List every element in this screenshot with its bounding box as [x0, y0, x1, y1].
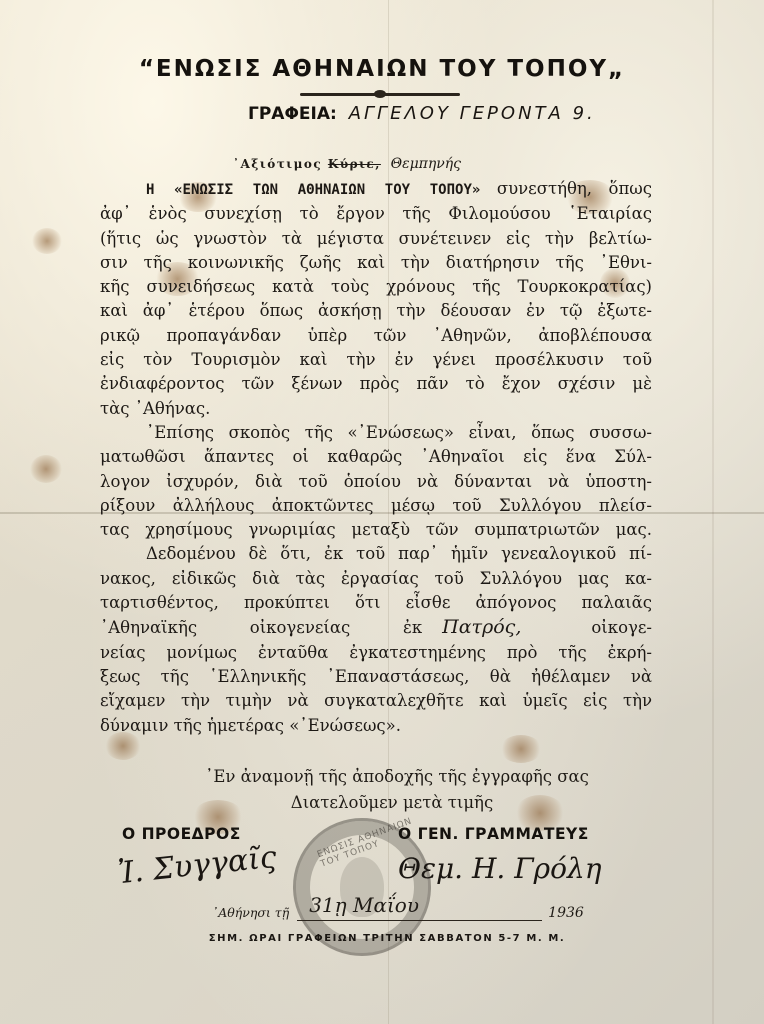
- secretary-signature: Θεμ. Η. Γρόλη: [398, 852, 601, 885]
- date-handwritten: 31ῃ Μαΐου: [309, 893, 419, 917]
- stain: [500, 735, 542, 763]
- body-line: ἐνδιαφέροντος τῶν ξένων πρὸς πᾶν τὸ ἔχον…: [100, 372, 652, 396]
- body-line: νείας μονίμως ἐνταῦθα ἐγκατεστημένης πρὸ…: [100, 641, 652, 665]
- closing-line: ᾿Εν ἀναμονῇ τῆς ἀποδοχῆς τῆς ἐγγραφῆς σα…: [0, 767, 764, 786]
- stain: [32, 228, 62, 254]
- body-line: ταρτισθέντος, προκύπτει ὅτι εἶσθε ἀπόγον…: [100, 591, 652, 615]
- letter-body: Η «ΕΝΩΣΙΣ ΤΩΝ ΑΘΗΝΑΙΩΝ ΤΟΥ ΤΟΠΟΥ» συνεστ…: [100, 177, 652, 738]
- president-label: Ο ΠΡΟΕΔΡΟΣ: [122, 825, 241, 843]
- offices-address: ΑΓΓΕΛΟΥ ΓΕΡΟΝΤΑ 9.: [349, 103, 596, 124]
- letter-sheet: “ΕΝΩΣΙΣ ΑΘΗΝΑΙΩΝ ΤΟΥ ΤΟΠΟΥ„ ΓΡΑΦΕΙΑ: ΑΓΓ…: [0, 0, 764, 1024]
- body-line: Η «ΕΝΩΣΙΣ ΤΩΝ ΑΘΗΝΑΙΩΝ ΤΟΥ ΤΟΠΟΥ» συνεστ…: [100, 177, 652, 202]
- closing-valediction: Διατελοῦμεν μετὰ τιμῆς: [0, 793, 764, 812]
- offices-label: ΓΡΑΦΕΙΑ:: [248, 104, 337, 124]
- president-signature: Ἰ. Συγγαῖς: [117, 840, 279, 891]
- body-line: καὶ ἀφ᾿ ἑτέρου ὅπως ἀσκήσῃ τὴν δέουσαν ἐ…: [100, 299, 652, 323]
- body-line: νακος, εἰδικῶς διὰ τὰς ἐργασίας τοῦ Συλλ…: [100, 567, 652, 591]
- body-line: ᾿Επίσης σκοπὸς τῆς «᾿Ενώσεως» εἶναι, ὅπω…: [100, 421, 652, 445]
- date-year: 1936: [548, 905, 584, 921]
- handwritten-origin: Πατρός,: [442, 616, 521, 638]
- salutation-struck-word: Κύριε,: [328, 157, 381, 171]
- body-line: ᾿Αθηναϊκῆς οἰκογενείας ἐκΠατρός,οἰκογε-: [100, 615, 652, 640]
- date-line: ᾿Αθήνησι τῇ 31ῃ Μαΐου 1936: [212, 905, 584, 921]
- body-line: ρίξουν ἀλλήλους ἀποκτῶντες μέσῳ τοῦ Συλλ…: [100, 494, 652, 518]
- body-line: ματωθῶσι ἅπαντες οἱ καθαρῶς ᾿Αθηναῖοι εἰ…: [100, 445, 652, 469]
- ornament-divider: [300, 93, 460, 96]
- salutation-prefix: ᾿Αξιότιμος: [233, 157, 322, 171]
- body-line: κῆς συνειδήσεως κατὰ τοὺς χρόνους τῆς Το…: [100, 275, 652, 299]
- letterhead-title: “ΕΝΩΣΙΣ ΑΘΗΝΑΙΩΝ ΤΟΥ ΤΟΠΟΥ„: [0, 56, 764, 82]
- body-line: τὰς ᾿Αθήνας.: [100, 397, 652, 421]
- letterhead-offices: ΓΡΑΦΕΙΑ: ΑΓΓΕΛΟΥ ΓΕΡΟΝΤΑ 9.: [248, 103, 596, 124]
- body-line: (ἥτις ὡς γνωστὸν τὰ μέγιστα συνέτεινεν ε…: [100, 227, 652, 251]
- secretary-label: Ο ΓΕΝ. ΓΡΑΜΜΑΤΕΥΣ: [398, 825, 589, 843]
- society-name-caps: Η «ΕΝΩΣΙΣ ΤΩΝ ΑΘΗΝΑΙΩΝ ΤΟΥ ΤΟΠΟΥ»: [146, 182, 480, 198]
- body-line: ξεως τῆς ῾Ελληνικῆς ᾿Επαναστάσεως, θὰ ἠθ…: [100, 665, 652, 689]
- body-line: εἴχαμεν τὴν τιμὴν νὰ συγκαταλεχθῆτε καὶ …: [100, 689, 652, 713]
- date-prefix: ᾿Αθήνησι τῇ: [212, 905, 289, 920]
- salutation-handwritten-name: Θεμπηνής: [391, 156, 461, 172]
- body-line: εἰς τὸν Τουρισμὸν καὶ τὴν ἐν γένει προσέ…: [100, 348, 652, 372]
- body-line: σιν τῆς κοινωνικῆς ζωῆς καὶ τὴν διατήρησ…: [100, 251, 652, 275]
- body-line: δύναμιν τῆς ἡμετέρας «᾿Ενώσεως».: [100, 714, 652, 738]
- date-blank: 31ῃ Μαΐου: [297, 905, 542, 921]
- body-line: ρικῷ προπαγάνδαν ὑπὲρ τῶν ᾿Αθηνῶν, ἀποβλ…: [100, 324, 652, 348]
- body-line: λογον ἰσχυρόν, διὰ τοῦ ὁποίου νὰ δύναντα…: [100, 470, 652, 494]
- body-line: ἀφ᾿ ἑνὸς συνεχίσῃ τὸ ἔργον τῆς Φιλομούσο…: [100, 202, 652, 226]
- salutation: ᾿Αξιότιμος Κύριε, Θεμπηνής: [233, 156, 461, 172]
- body-line: τας χρησίμους γνωριμίας μεταξὺ τῶν συμπα…: [100, 518, 652, 542]
- body-line: Δεδομένου δὲ ὅτι, ἐκ τοῦ παρ᾿ ἡμῖν γενεα…: [100, 542, 652, 566]
- office-hours-note: ΣΗΜ. ΩΡΑΙ ΓΡΑΦΕΙΩΝ ΤΡΙΤΗΝ ΣΑΒΒΑΤΟΝ 5-7 Μ…: [0, 933, 764, 944]
- stain: [30, 455, 62, 483]
